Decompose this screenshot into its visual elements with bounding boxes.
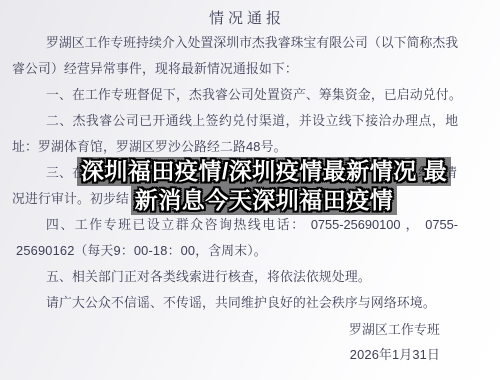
- caption-line-2-row: 新消息今天深圳福田疫情: [28, 186, 500, 215]
- notice-image: 情况通报 罗湖区工作专班持续介入处置深圳市杰我睿珠宝有限公司（以下简称杰我 睿公…: [0, 0, 500, 380]
- notice-line-10: 五、相关部门正对各类线索进行核查，将依法依规处理。: [46, 268, 371, 286]
- notice-signature: 罗湖区工作专班: [0, 321, 440, 339]
- notice-line-3: 一、在工作专班督促下，杰我睿公司处置资产、筹集资金，已启动兑付。: [46, 86, 462, 104]
- notice-line-9: 25690162（每天9：00-18：00，含周末）。: [16, 242, 267, 260]
- caption-line-1: 深圳福田疫情/深圳疫情最新情况 最: [77, 157, 451, 186]
- notice-line-1: 罗湖区工作专班持续介入处置深圳市杰我睿珠宝有限公司（以下简称杰我: [46, 34, 458, 52]
- notice-date: 2026年1月31日: [0, 346, 440, 364]
- caption-line-1-row: 深圳福田疫情/深圳疫情最新情况 最: [28, 157, 500, 186]
- notice-title: 情况通报: [0, 10, 494, 28]
- caption-line-2: 新消息今天深圳福田疫情: [131, 186, 398, 215]
- notice-line-8: 四、工作专班已设立群众咨询热线电话： 0755-25690100 ， 0755-: [46, 216, 458, 234]
- caption-overlay: 深圳福田疫情/深圳疫情最新情况 最 新消息今天深圳福田疫情: [28, 157, 500, 215]
- notice-line-4: 二、杰我睿公司已开通线上签约兑付渠道，并设立线下接洽办理点，地: [46, 112, 458, 130]
- notice-line-5: 址：罗湖体育馆，罗湖区罗沙公路经二路48号。: [12, 138, 287, 156]
- notice-line-11: 请广大公众不信谣、不传谣，共同维护良好的社会秩序与网络环境。: [46, 294, 436, 312]
- notice-line-2: 睿公司）经营异常事件，现将最新情况通报如下：: [12, 60, 298, 78]
